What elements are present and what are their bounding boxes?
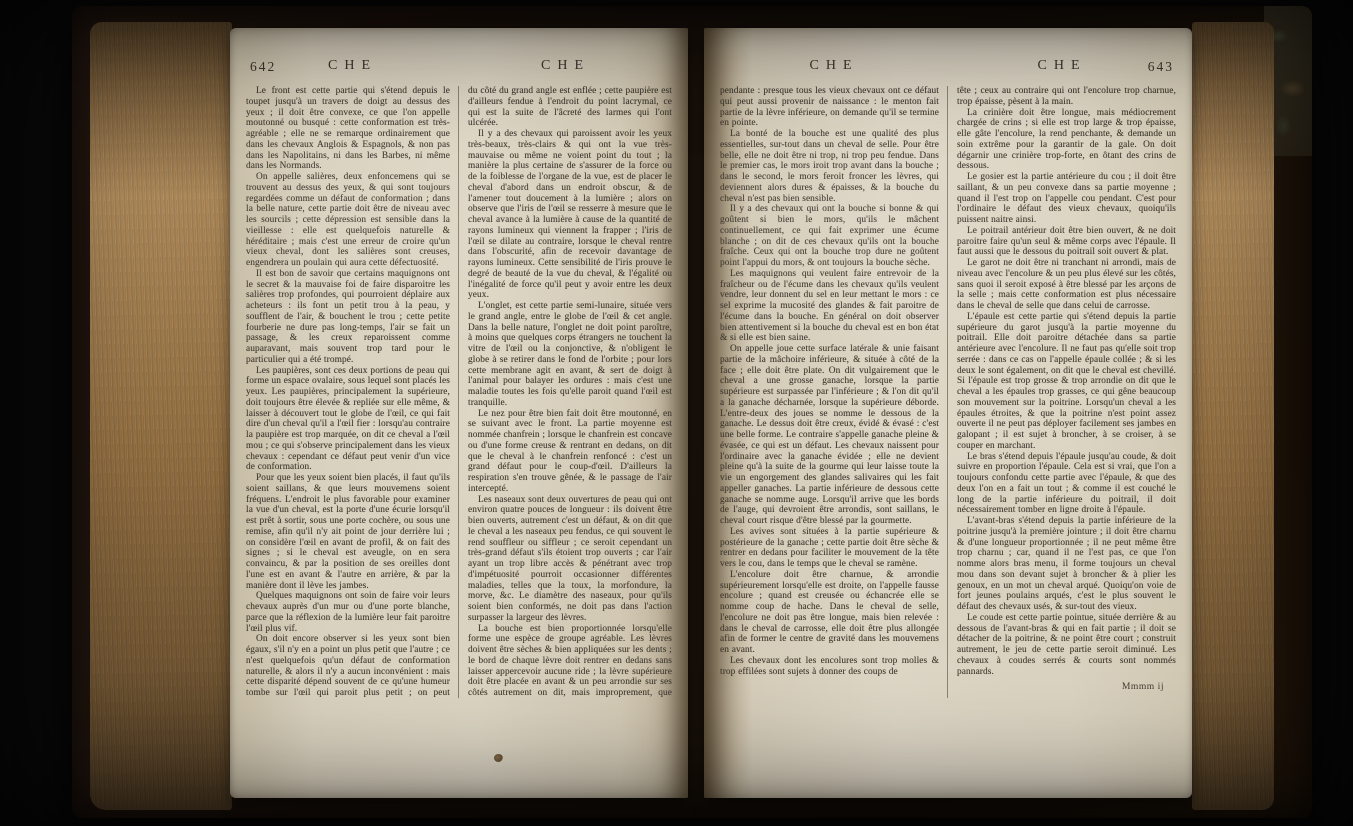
left-page-header: 642 CHE CHE — [246, 58, 672, 78]
paragraph: Pour que les yeux soient bien placés, il… — [246, 473, 450, 591]
paragraph: Les maquignons qui veulent faire entrevo… — [720, 269, 939, 344]
paragraph: Quelques maquignons ont soin de faire vo… — [246, 591, 450, 634]
paragraph: du côté du grand angle est enflée ; cett… — [468, 86, 672, 129]
paragraph: Le nez pour être bien fait doit être mou… — [468, 409, 672, 495]
paragraph: La bouche est bien proportionnée lorsqu'… — [468, 624, 672, 699]
left-page: 642 CHE CHE Le front est cette partie qu… — [230, 28, 688, 798]
paragraph: L'encolure doit être charnue, & arrondie… — [720, 570, 939, 656]
running-head: CHE — [246, 58, 459, 74]
paper-stain — [494, 754, 503, 762]
paragraph: L'avant-bras s'étend depuis la partie in… — [957, 516, 1176, 613]
text-column: Le front est cette partie qui s'étend de… — [246, 86, 458, 698]
paragraph: Il y a des chevaux qui paroissent avoir … — [468, 129, 672, 301]
paragraph: Les chevaux dont les encolures sont trop… — [720, 656, 939, 678]
paragraph: Le bras s'étend depuis l'épaule jusqu'au… — [957, 452, 1176, 517]
paragraph: pendante : presque tous les vieux chevau… — [720, 86, 939, 129]
running-head: CHE — [720, 58, 948, 74]
right-page-header: CHE CHE 643 — [720, 58, 1176, 78]
paragraph: L'épaule est cette partie qui s'étend de… — [957, 312, 1176, 452]
paragraph: On appelle salières, deux enfoncemens qu… — [246, 172, 450, 269]
right-page-columns: pendante : presque tous les vieux chevau… — [720, 86, 1176, 698]
paragraph: Le coude est cette partie pointue, situé… — [957, 613, 1176, 678]
paragraph: Il est bon de savoir que certains maquig… — [246, 269, 450, 366]
paragraph: Le garot ne doit être ni tranchant ni ar… — [957, 258, 1176, 312]
paragraph: Le gosier est la partie antérieure du co… — [957, 172, 1176, 226]
paragraph: On doit encore observer si les yeux sont… — [246, 634, 450, 698]
running-head: CHE — [948, 58, 1176, 74]
paragraph: La crinière doit être longue, mais médio… — [957, 108, 1176, 173]
paragraph: La bonté de la bouche est une qualité de… — [720, 129, 939, 204]
book-photograph: 642 CHE CHE Le front est cette partie qu… — [0, 0, 1353, 826]
paragraph: tête ; ceux au contraire qui ont l'encol… — [957, 86, 1176, 108]
paragraph: Le poitrail antérieur doit être bien ouv… — [957, 226, 1176, 258]
right-page-number: 643 — [1148, 59, 1174, 75]
text-column: du côté du grand angle est enflée ; cett… — [458, 86, 672, 698]
text-column: tête ; ceux au contraire qui ont l'encol… — [947, 86, 1176, 698]
paragraph: Les naseaux sont deux ouvertures de peau… — [468, 495, 672, 624]
paragraph: Le front est cette partie qui s'étend de… — [246, 86, 450, 172]
paragraph: Les paupières, sont ces deux portions de… — [246, 366, 450, 474]
right-page: CHE CHE 643 pendante : presque tous les … — [704, 28, 1192, 798]
paragraph: Il y a des chevaux qui ont la bouche si … — [720, 204, 939, 269]
paragraph: On appelle joue cette surface latérale &… — [720, 344, 939, 527]
open-book: 642 CHE CHE Le front est cette partie qu… — [72, 6, 1312, 818]
column-paragraphs: tête ; ceux au contraire qui ont l'encol… — [957, 86, 1176, 677]
text-column: pendante : presque tous les vieux chevau… — [720, 86, 947, 698]
paragraph: L'onglet, est cette partie semi-lunaire,… — [468, 301, 672, 409]
right-page-edges — [1192, 22, 1274, 810]
paragraph: Les avives sont situées à la partie supé… — [720, 527, 939, 570]
left-page-edges — [90, 22, 232, 810]
running-head: CHE — [459, 58, 672, 74]
left-page-columns: Le front est cette partie qui s'étend de… — [246, 86, 672, 698]
signature-mark: Mmmm ij — [957, 681, 1164, 692]
